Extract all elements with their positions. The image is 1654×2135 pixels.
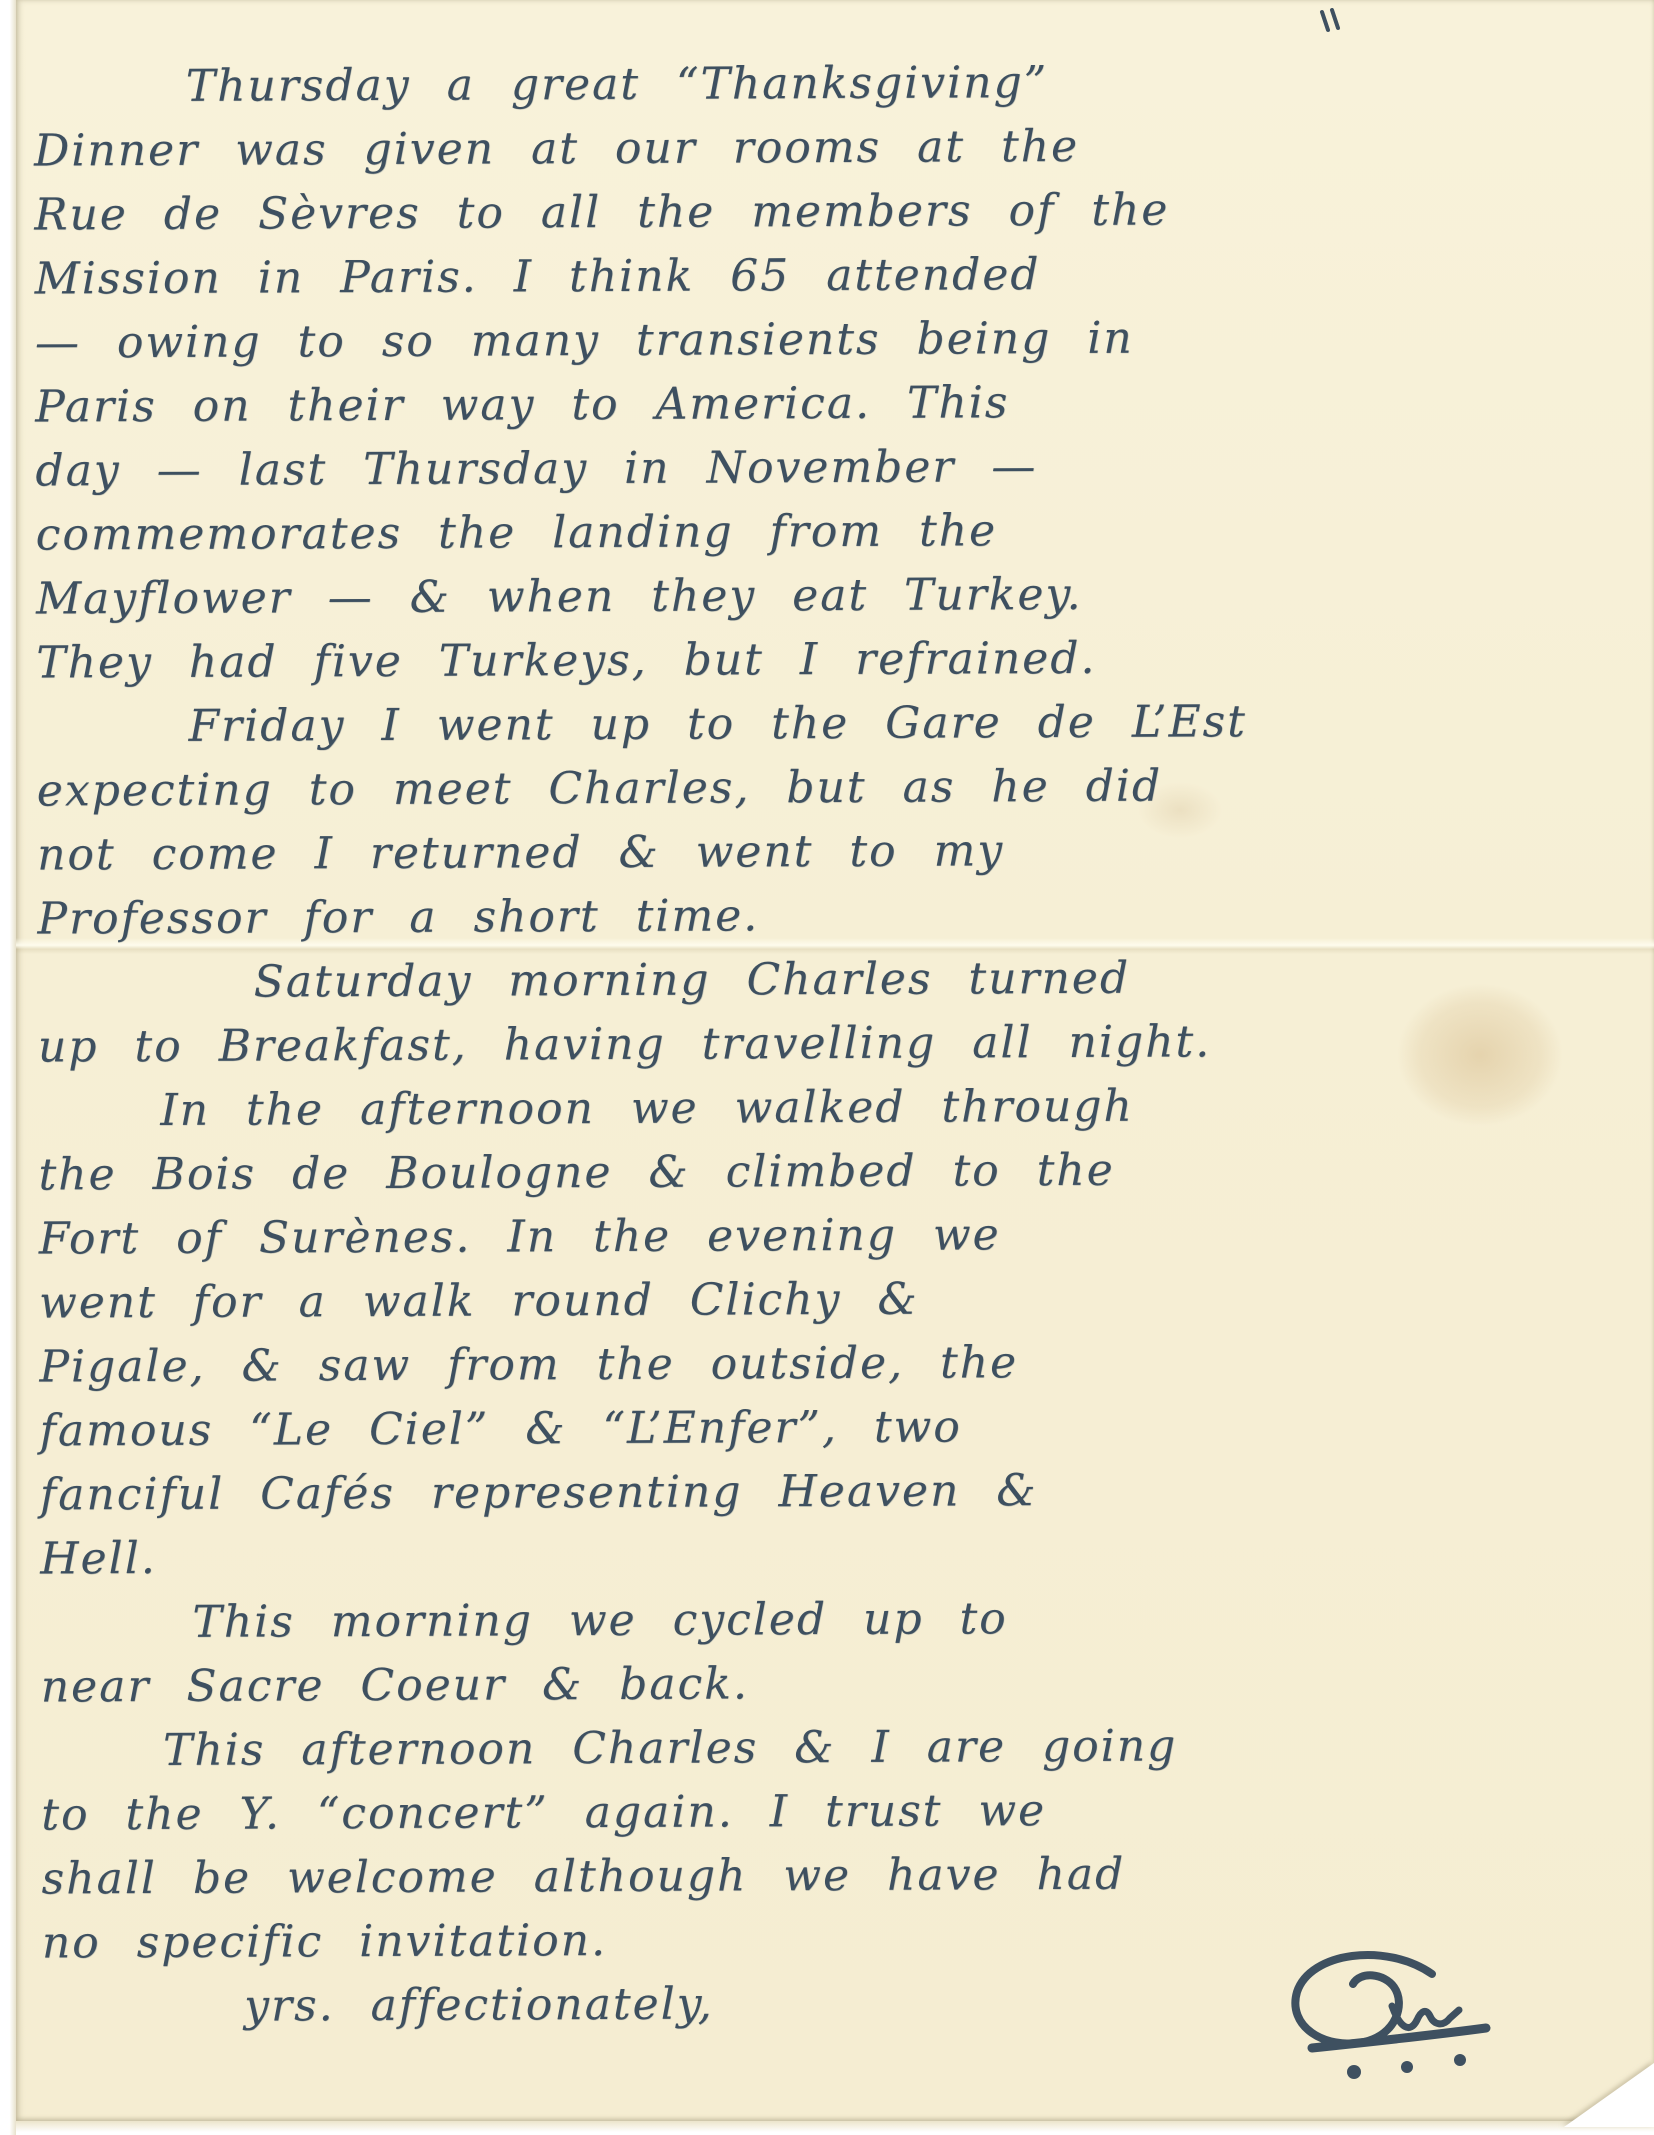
letter-line: Professor for a short time. <box>37 887 1635 958</box>
ink-mark <box>1316 8 1342 38</box>
letter-body: Thursday a great “Thanksgiving” Dinner w… <box>34 55 1641 2046</box>
letter-line: not come I returned & went to my <box>37 823 1635 894</box>
letter-line: went for a walk round Clichy & <box>39 1271 1637 1342</box>
letter-line: near Sacre Coeur & back. <box>41 1655 1639 1726</box>
letter-line: shall be welcome although we have had <box>41 1847 1639 1918</box>
letter-line: Thursday a great “Thanksgiving” <box>34 55 1632 126</box>
letter-line: Friday I went up to the Gare de L’Est <box>36 695 1634 766</box>
scan-edge-bottom <box>16 2121 1654 2135</box>
letter-line: famous “Le Ciel” & “L’Enfer”, two <box>40 1399 1638 1470</box>
letter-line: commemorates the landing from the <box>36 503 1634 574</box>
signature <box>1274 1948 1524 2108</box>
letter-line: Hell. <box>40 1527 1638 1598</box>
letter-line: Saturday morning Charles turned <box>38 951 1636 1022</box>
letter-line: Mission in Paris. I think 65 attended <box>35 247 1633 318</box>
letter-line: This afternoon Charles & I are going <box>41 1719 1639 1790</box>
letter-line: In the afternoon we walked through <box>38 1079 1636 1150</box>
letter-line: Dinner was given at our rooms at the <box>34 119 1632 190</box>
letter-line: This morning we cycled up to <box>40 1591 1638 1662</box>
scan-edge <box>0 0 16 2135</box>
page-corner <box>1564 2063 1654 2127</box>
letter-line: Paris on their way to America. This <box>35 375 1633 446</box>
letter-line: Mayflower — & when they eat Turkey. <box>36 567 1634 638</box>
letter-line: Fort of Surènes. In the evening we <box>39 1207 1637 1278</box>
letter-line: Rue de Sèvres to all the members of the <box>34 183 1632 254</box>
letter-line: the Bois de Boulogne & climbed to the <box>38 1143 1636 1214</box>
letter-line: fanciful Cafés representing Heaven & <box>40 1463 1638 1534</box>
letter-line: to the Y. “concert” again. I trust we <box>41 1783 1639 1854</box>
letter-line: — owing to so many transients being in <box>35 311 1633 382</box>
letter-line: They had five Turkeys, but I refrained. <box>36 631 1634 702</box>
letter-line: up to Breakfast, having travelling all n… <box>38 1015 1636 1086</box>
letter-line: Pigale, & saw from the outside, the <box>39 1335 1637 1406</box>
scanned-letter: { "document": { "kind": "handwritten-let… <box>0 0 1654 2135</box>
letter-line: expecting to meet Charles, but as he did <box>37 759 1635 830</box>
letter-line: day — last Thursday in November — <box>35 439 1633 510</box>
